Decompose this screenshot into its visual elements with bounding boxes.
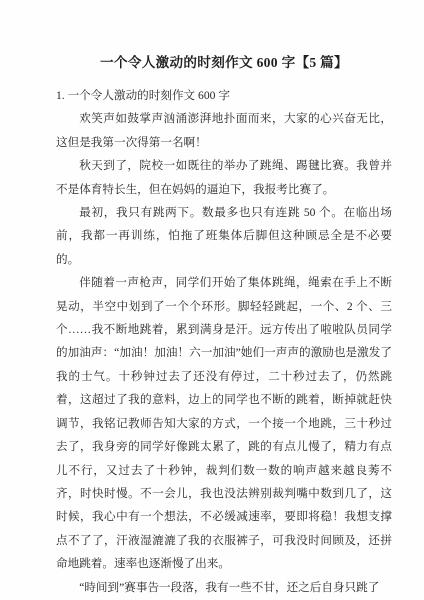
essay-body: 1. 一个令人激动的时刻作文 600 字 欢笑声如鼓掌声汹涌澎湃地扑面而来，大家…: [56, 84, 392, 599]
essay-title: 一个令人激动的时刻作文 600 字【5 篇】: [56, 53, 392, 73]
section-heading: 1. 一个令人激动的时刻作文 600 字: [56, 84, 392, 107]
essay-paragraph: 最初，我只有跳两下。数最多也只有连跳 50 个。在临出场前，我都一再训练，怕拖了…: [56, 201, 392, 271]
document-page: 一个令人激动的时刻作文 600 字【5 篇】 1. 一个令人激动的时刻作文 60…: [0, 0, 424, 600]
essay-paragraph: 秋天到了，院校一如既往的举办了跳绳、踢毽比赛。我曾并不是体育特长生，但在妈妈的逼…: [56, 154, 392, 201]
essay-paragraph: 伴随着一声枪声，同学们开始了集体跳绳，绳索在手上不断晃动，半空中划到了一个个环形…: [56, 271, 392, 575]
essay-paragraph: 欢笑声如鼓掌声汹涌澎湃地扑面而来，大家的心兴奋无比，这但是我第一次得第一名啊！: [56, 107, 392, 154]
essay-paragraph: “時间到”赛事告一段落，我有一些不甘，还之后自身只跳了: [56, 576, 392, 599]
